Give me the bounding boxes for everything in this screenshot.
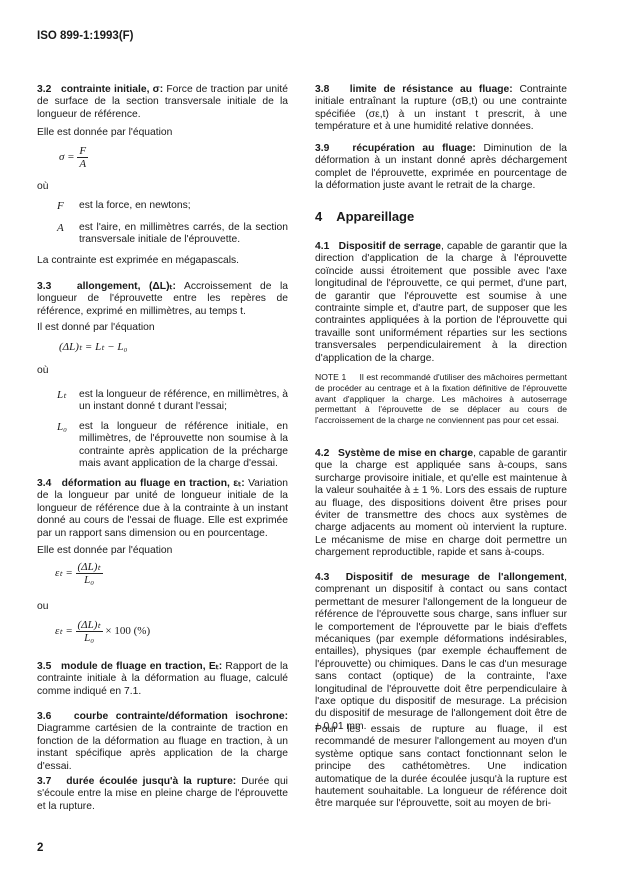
equation-strain-percent: εₜ = (ΔL)ₜ L₀ × 100 (%) bbox=[55, 619, 150, 644]
fraction: F A bbox=[77, 145, 88, 170]
equation-intro: Elle est donnée par l'équation bbox=[37, 545, 288, 557]
page-number: 2 bbox=[37, 842, 43, 854]
clause-term: contrainte initiale, σ: bbox=[61, 84, 163, 95]
note-1: NOTE 1 Il est recommandé d'utiliser des … bbox=[315, 372, 567, 426]
clause-3-3: 3.3 allongement, (ΔL)ₜ: Accroissement de… bbox=[37, 281, 288, 318]
clause-3-9: 3.9 récupération au fluage: Diminution d… bbox=[315, 143, 567, 193]
clause-4-3: 4.3 Dispositif de mesurage de l'allongem… bbox=[315, 572, 567, 733]
unit-note: La contrainte est exprimée en mégapascal… bbox=[37, 255, 288, 267]
section-heading-4: 4 Appareillage bbox=[315, 211, 567, 223]
document-header: ISO 899-1:1993(F) bbox=[37, 30, 134, 42]
where-label: où bbox=[37, 181, 288, 193]
clause-4-2: 4.2 Système de mise en charge, capable d… bbox=[315, 448, 567, 560]
clause-3-4: 3.4 déformation au fluage en traction, ε… bbox=[37, 478, 288, 540]
clause-3-2: 3.2 contrainte initiale, σ: Force de tra… bbox=[37, 84, 288, 121]
clause-3-8: 3.8 limite de résistance au fluage: Cont… bbox=[315, 84, 567, 134]
or-label: ou bbox=[37, 601, 288, 613]
equation-delta-l: (ΔL)ₜ = Lₜ − L₀ bbox=[59, 341, 127, 353]
clause-3-6: 3.6 courbe contrainte/déformation isochr… bbox=[37, 711, 288, 773]
clause-number: 3.2 bbox=[37, 84, 51, 95]
clause-3-5: 3.5 module de fluage en traction, Eₜ: Ra… bbox=[37, 661, 288, 698]
equation-sigma: σ = F A bbox=[59, 145, 88, 170]
clause-4-1: 4.1 Dispositif de serrage, capable de ga… bbox=[315, 241, 567, 365]
clause-3-7: 3.7 durée écoulée jusqu'à la rupture: Du… bbox=[37, 776, 288, 813]
equation-intro: Elle est donnée par l'équation bbox=[37, 127, 288, 139]
clause-4-3-paragraph: Pour les essais de rupture au fluage, il… bbox=[315, 724, 567, 811]
equation-strain: εₜ = (ΔL)ₜ L₀ bbox=[55, 561, 103, 586]
equation-intro: Il est donné par l'équation bbox=[37, 322, 288, 334]
where-label: où bbox=[37, 365, 288, 377]
